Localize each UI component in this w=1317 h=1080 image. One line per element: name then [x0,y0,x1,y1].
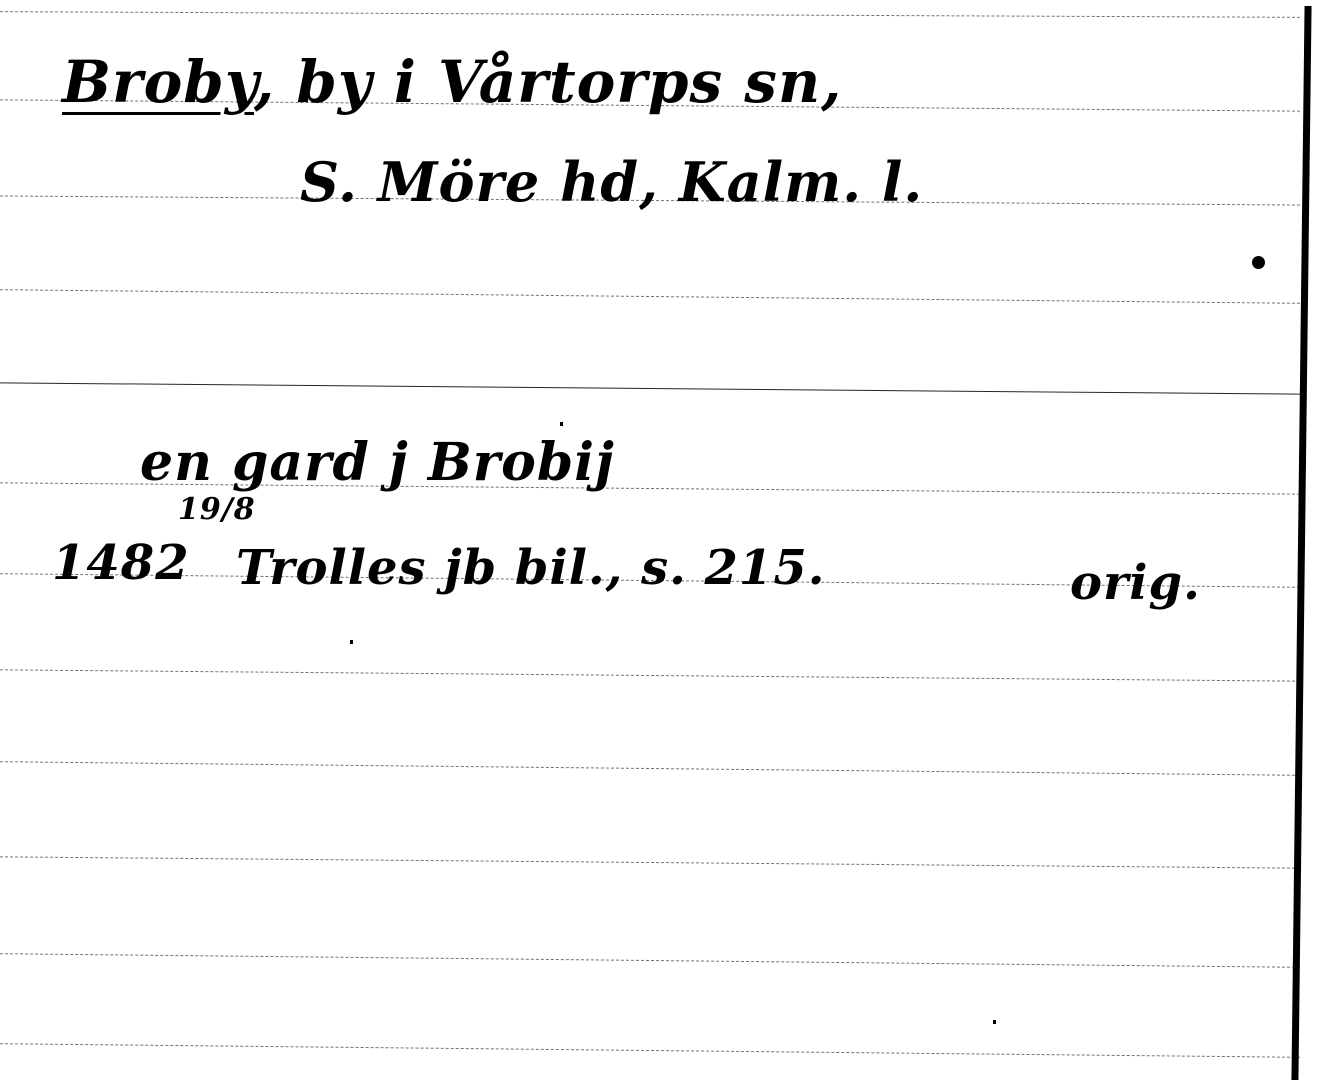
place-name: Broby [62,48,254,116]
index-card: Broby, by i Vårtorps sn, S. Möre hd, Kal… [0,0,1317,1080]
heading-line-1: Broby, by i Vårtorps sn, [62,48,842,116]
ink-dot [1252,256,1265,269]
card-edge [1291,6,1311,1080]
ink-speck [350,640,353,644]
entry-note: orig. [1070,555,1201,611]
ruled-line [0,289,1300,304]
ink-speck [993,1020,996,1024]
ruled-line [0,11,1300,18]
entry-quote: en gard j Brobij [140,432,615,493]
ruled-line [0,382,1300,394]
date-annotation: 19/8 [178,492,256,527]
heading-line-2: S. Möre hd, Kalm. l. [300,150,923,214]
ink-speck [560,422,563,426]
entry-source: Trolles jb bil., s. 215. [236,540,825,596]
ruled-line [0,1043,1300,1058]
ruled-line [0,856,1300,868]
ruled-line [0,761,1300,776]
heading-rest: , by i Vårtorps sn, [254,48,842,116]
ruled-line [0,953,1300,968]
entry-year: 1482 [52,535,190,591]
ruled-line [0,669,1300,681]
